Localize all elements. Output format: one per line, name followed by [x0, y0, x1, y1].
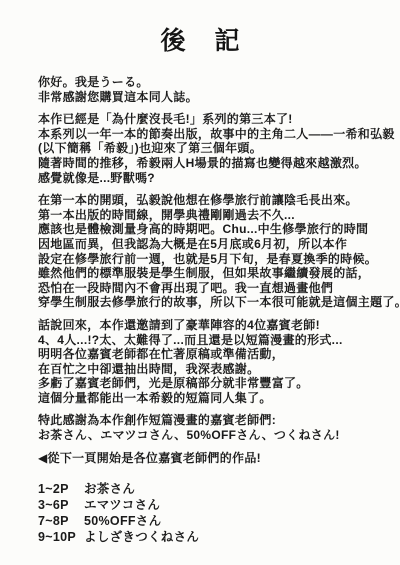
credit-pages: 7~8P [38, 514, 84, 530]
text-line: 設定在修學旅行前一週，也就是5月下旬，是春夏換季的時候。 [38, 252, 374, 267]
guests-paragraph: 話說回來，本作還邀請到了豪華陣容的4位嘉賓老師! 4、4人...!?太、太難得了… [38, 318, 374, 406]
credit-name: 50%OFFさん [84, 514, 374, 530]
credit-pages: 3~6P [38, 498, 84, 514]
text-line: 這個分量都能出一本希毅的短篇同人集了。 [38, 391, 374, 406]
greeting-paragraph: 你好。我是うーる。 非常感謝您購買這本同人誌。 [38, 75, 374, 104]
next-page-announcement: ◀從下一頁開始是各位嘉賓老師們的作品! [38, 451, 374, 466]
afterword-body: 你好。我是うーる。 非常感謝您購買這本同人誌。 本作已經是「為什麼沒長毛!」系列… [38, 75, 374, 545]
text-line: 多虧了嘉賓老師們，光是原稿部分就非常豐富了。 [38, 376, 374, 391]
series-paragraph: 本作已經是「為什麼沒長毛!」系列的第三本了! 本系列以一年一本的節奏出版，故事中… [38, 112, 374, 185]
credit-name: お茶さん [84, 482, 374, 498]
timeline-paragraph: 在第一本的開頭，弘毅說他想在修學旅行前讓陰毛長出來。 第一本出版的時間線，開學典… [38, 193, 374, 310]
text-line: 第一本出版的時間線，開學典禮剛剛過去不久... [38, 208, 374, 223]
text-line: 在第一本的開頭，弘毅說他想在修學旅行前讓陰毛長出來。 [38, 193, 374, 208]
text-line: 應該也是體檢測量身高的時期吧。Chu...中生修學旅行的時間 [38, 222, 374, 237]
text-line: 在百忙之中卻還抽出時間，我深表感謝。 [38, 362, 374, 377]
text-line: 感覺就像是...野獸嗎? [38, 171, 374, 186]
credit-pages: 9~10P [38, 530, 84, 546]
text-line: お茶さん、エマツコさん、50%OFFさん、つくねさん! [38, 428, 374, 443]
text-line: 本系列以一年一本的節奏出版，故事中的主角二人——一希和弘毅 [38, 127, 374, 142]
text-line: 隨著時間的推移，希毅兩人H場景的描寫也變得越來越激烈。 [38, 156, 374, 171]
thanks-paragraph: 特此感謝為本作創作短篇漫畫的嘉賓老師們: お茶さん、エマツコさん、50%OFFさ… [38, 413, 374, 442]
guest-credits-list: 1~2P お茶さん 3~6P エマツコさん 7~8P 50%OFFさん 9~10… [38, 482, 374, 545]
credit-row: 9~10P よしざきつくねさん [38, 530, 374, 546]
text-line: 非常感謝您購買這本同人誌。 [38, 90, 374, 105]
text-line: 你好。我是うーる。 [38, 75, 374, 90]
text-line: 話說回來，本作還邀請到了豪華陣容的4位嘉賓老師! [38, 318, 374, 333]
credit-pages: 1~2P [38, 482, 84, 498]
credit-name: エマツコさん [84, 498, 374, 514]
credit-row: 1~2P お茶さん [38, 482, 374, 498]
afterword-page: 後 記 你好。我是うーる。 非常感謝您購買這本同人誌。 本作已經是「為什麼沒長毛… [0, 0, 400, 565]
text-line: (以下簡稱「希毅」)也迎來了第三個年頭。 [38, 141, 374, 156]
text-line: 因地區而異，但我認為大概是在5月底或6月初，所以本作 [38, 237, 374, 252]
text-line: 4、4人...!?太、太難得了...而且還是以短篇漫畫的形式... [38, 333, 374, 348]
text-line: 恐怕在一段時間內不會再出現了吧。我一直想過畫他們 [38, 281, 374, 296]
text-line: 特此感謝為本作創作短篇漫畫的嘉賓老師們: [38, 413, 374, 428]
credit-row: 3~6P エマツコさん [38, 498, 374, 514]
credit-name: よしざきつくねさん [84, 530, 374, 546]
text-line: 本作已經是「為什麼沒長毛!」系列的第三本了! [38, 112, 374, 127]
credit-row: 7~8P 50%OFFさん [38, 514, 374, 530]
text-line: 穿學生制服去修學旅行的故事，所以下一本很可能就是這個主題了。 [38, 295, 374, 310]
page-title: 後 記 [0, 0, 400, 55]
text-line: 明明各位嘉賓老師都在忙著原稿或準備活動， [38, 347, 374, 362]
text-line: 雖然他們的標準服裝是學生制服，但如果故事繼續發展的話， [38, 266, 374, 281]
